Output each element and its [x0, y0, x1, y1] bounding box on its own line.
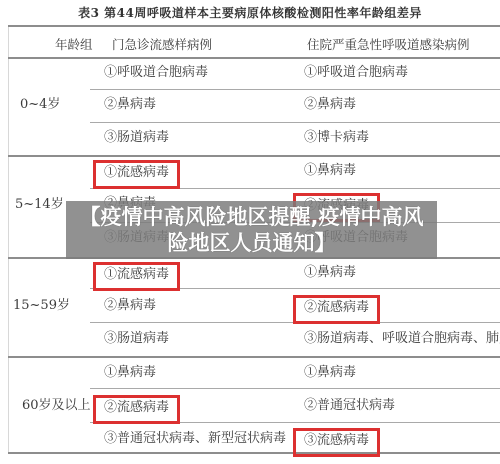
column-header-age: 年龄组 — [55, 35, 93, 53]
age-group-label: 5~14岁 — [15, 196, 64, 214]
sari-pathogen-highlighted: ③流感病毒 — [293, 428, 380, 457]
table-title: 表3 第44周呼吸道样本主要病原体核酸检测阳性率年龄组差异 — [0, 4, 500, 21]
left-edge-line — [8, 25, 9, 452]
sari-pathogen: ①鼻病毒 — [304, 162, 356, 180]
ili-pathogen-highlighted: ①流感病毒 — [93, 160, 180, 189]
sari-pathogen: ②普通冠状病毒 — [304, 397, 395, 415]
ili-pathogen: ②鼻病毒 — [104, 96, 156, 114]
table-line-minor — [90, 388, 500, 389]
ili-pathogen: ①呼吸道合胞病毒 — [104, 64, 208, 82]
watermark-line-2: 险地区人员通知】 — [66, 230, 437, 256]
ili-pathogen-highlighted: ①流感病毒 — [93, 262, 180, 291]
table-line-major — [8, 356, 500, 358]
age-group-label: 60岁及以上 — [22, 397, 91, 415]
sari-pathogen: ①呼吸道合胞病毒 — [304, 64, 408, 82]
column-header-sari: 住院严重急性呼吸道感染病例 — [307, 35, 470, 53]
sari-pathogen: ③肠道病毒、呼吸道合胞病毒、肺炎支原体 — [304, 330, 500, 348]
age-group-label: 15~59岁 — [13, 297, 70, 315]
ili-pathogen: ③普通冠状病毒、新型冠状病毒 — [104, 430, 286, 448]
table-line-major — [8, 155, 500, 157]
ili-pathogen: ①鼻病毒 — [104, 364, 156, 382]
table-line-minor — [90, 89, 500, 90]
sari-pathogen: ③博卡病毒 — [304, 129, 369, 147]
ili-pathogen: ③肠道病毒 — [104, 330, 169, 348]
sari-pathogen: ②鼻病毒 — [304, 96, 356, 114]
scanned-table-image: 表3 第44周呼吸道样本主要病原体核酸检测阳性率年龄组差异 年龄组 门急诊流感样… — [0, 0, 500, 464]
table-line-major — [8, 57, 500, 59]
table-line-major — [8, 25, 500, 27]
sari-pathogen: ①鼻病毒 — [304, 264, 356, 282]
column-header-ili: 门急诊流感样病例 — [112, 35, 212, 53]
sari-pathogen: ①鼻病毒 — [304, 364, 356, 382]
sari-pathogen-highlighted: ②流感病毒 — [293, 295, 380, 324]
age-group-label: 0~4岁 — [20, 96, 60, 114]
ili-pathogen: ③肠道病毒 — [104, 129, 169, 147]
table-line-major — [8, 452, 500, 454]
table-line-minor — [90, 122, 500, 123]
watermark-overlay: 【疫情中高风险地区提醒,疫情中高风 险地区人员通知】 — [66, 201, 437, 259]
ili-pathogen: ②鼻病毒 — [104, 297, 156, 315]
ili-pathogen-highlighted: ②流感病毒 — [93, 395, 180, 424]
watermark-line-1: 【疫情中高风险地区提醒,疫情中高风 — [66, 204, 437, 230]
